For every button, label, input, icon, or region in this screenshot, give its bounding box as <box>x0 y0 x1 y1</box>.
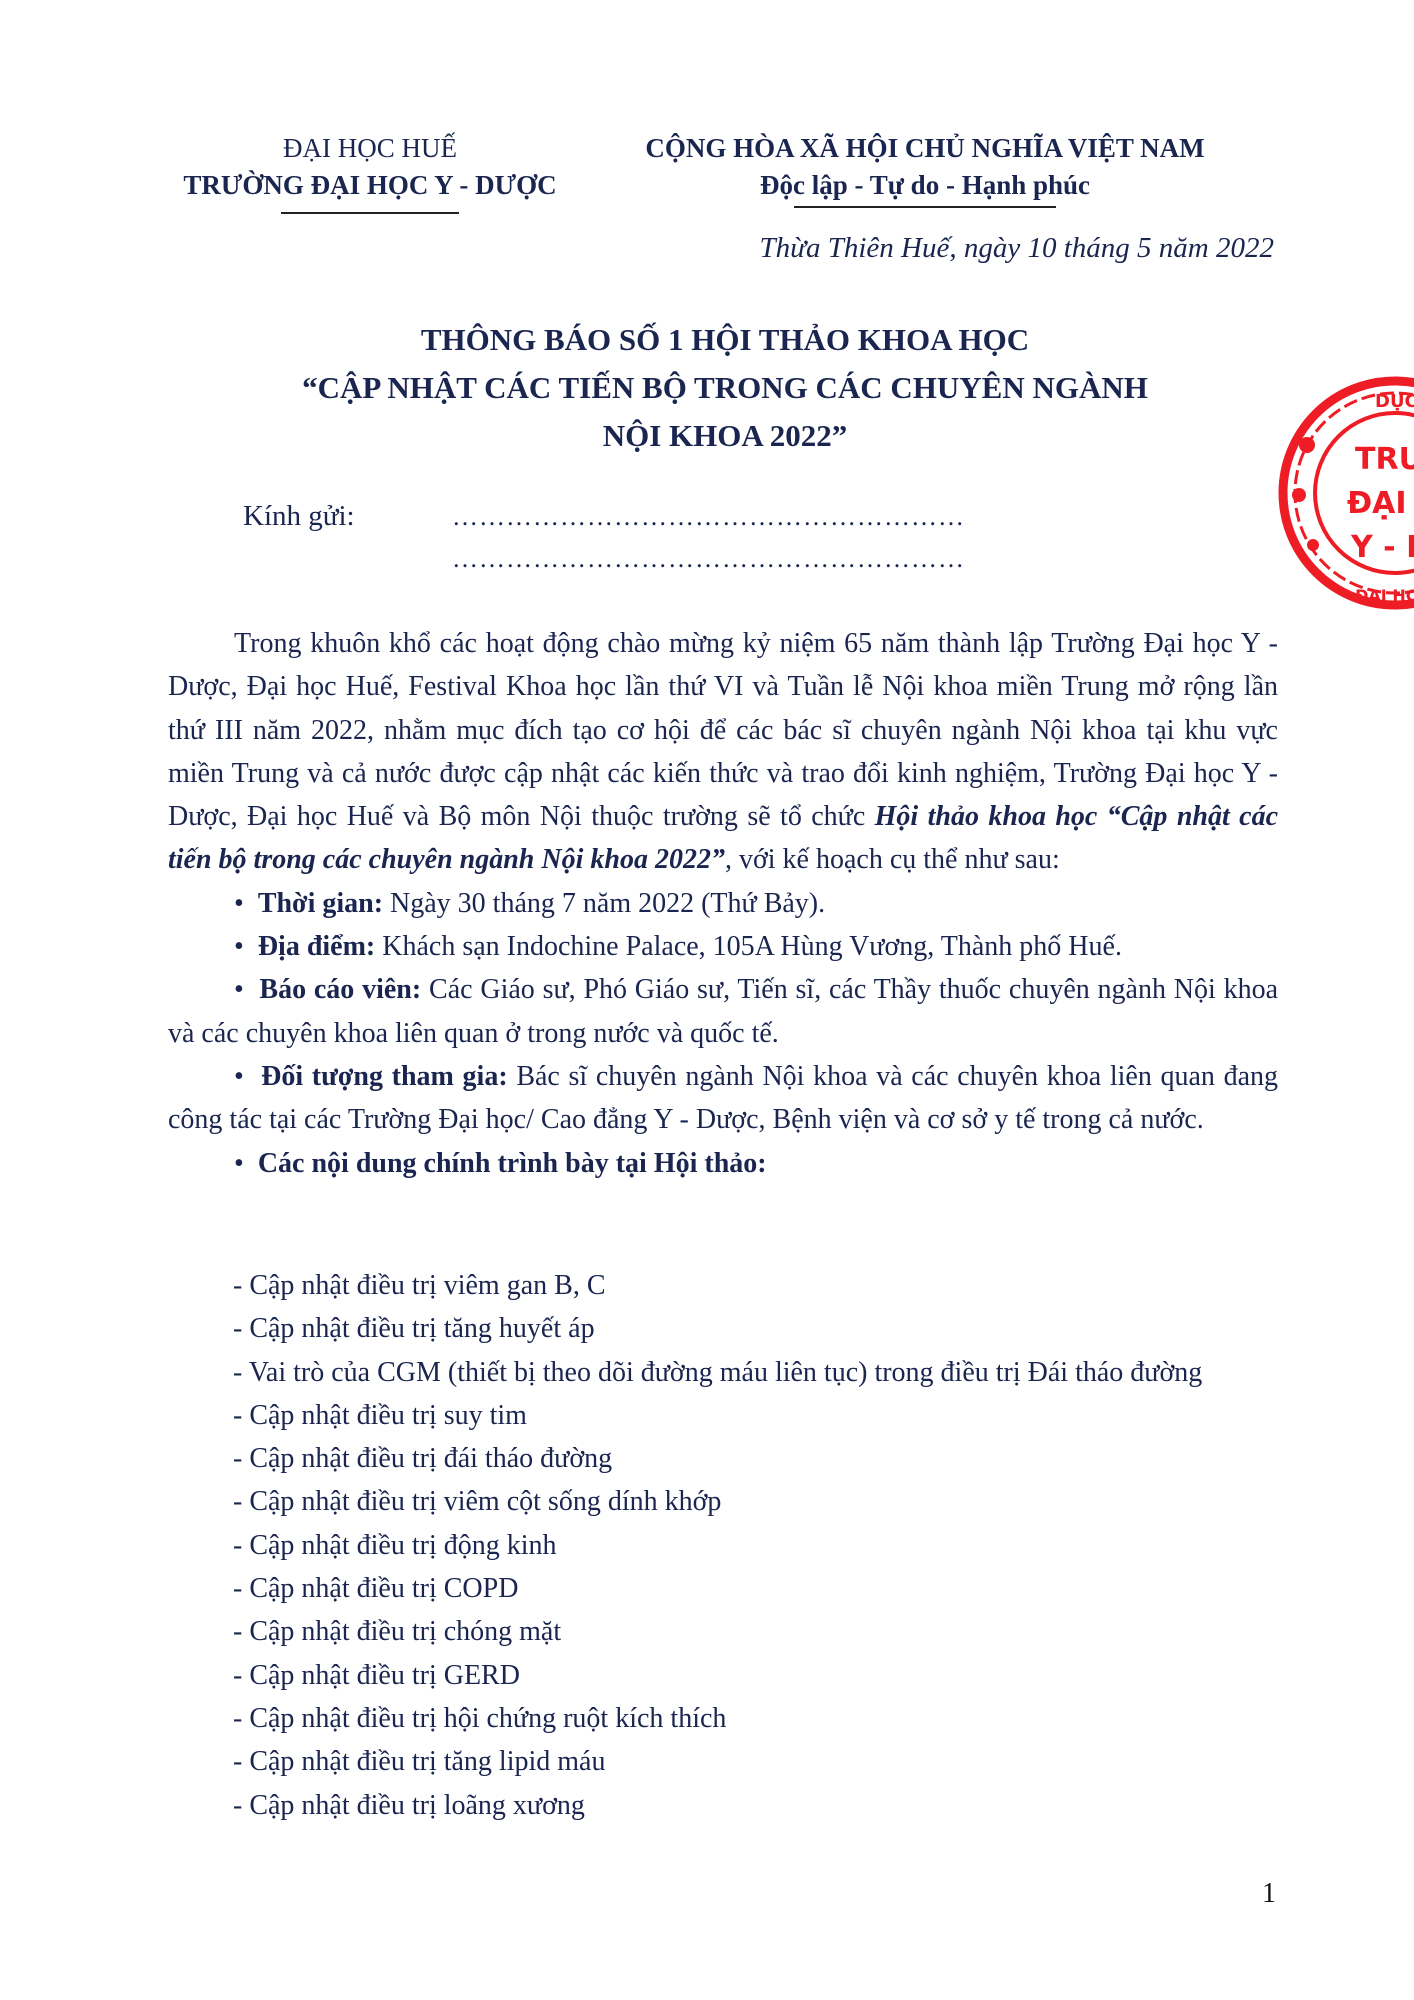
topic-item: - Cập nhật điều trị loãng xương <box>233 1784 1202 1827</box>
motto: Độc lập - Tự do - Hạnh phúc <box>760 167 1090 204</box>
header-left-underline <box>281 212 459 214</box>
document-title: THÔNG BÁO SỐ 1 HỘI THẢO KHOA HỌC “CẬP NH… <box>200 316 1250 460</box>
topic-item: - Cập nhật điều trị chóng mặt <box>233 1610 1202 1653</box>
detail-topics-heading: • Các nội dung chính trình bày tại Hội t… <box>168 1142 1278 1185</box>
university-name: ĐẠI HỌC HUẾ <box>150 130 590 167</box>
topic-item: - Cập nhật điều trị hội chứng ruột kích … <box>233 1697 1202 1740</box>
page-number: 1 <box>1262 1878 1276 1910</box>
topic-item: - Cập nhật điều trị động kinh <box>233 1524 1202 1567</box>
detail-time: • Thời gian: Ngày 30 tháng 7 năm 2022 (T… <box>168 882 1278 925</box>
date-line: Thừa Thiên Huế, ngày 10 tháng 5 năm 2022 <box>760 232 1274 265</box>
topic-item: - Cập nhật điều trị suy tim <box>233 1394 1202 1437</box>
title-line-2: “CẬP NHẬT CÁC TIẾN BỘ TRONG CÁC CHUYÊN N… <box>200 364 1250 412</box>
title-line-3: NỘI KHOA 2022” <box>200 412 1250 460</box>
header-right-underline <box>794 206 1056 208</box>
topic-item: - Cập nhật điều trị viêm gan B, C <box>233 1264 1202 1307</box>
svg-text:TRƯỜ: TRƯỜ <box>1355 440 1414 477</box>
issuing-authority: ĐẠI HỌC HUẾ TRƯỜNG ĐẠI HỌC Y - DƯỢC <box>150 130 590 214</box>
official-seal-icon: DỤC TRƯỜ ĐẠI H Y - DƯ ĐẠI HỌC <box>1255 365 1414 615</box>
svg-text:DỤC: DỤC <box>1375 391 1414 412</box>
national-motto: CỘNG HÒA XÃ HỘI CHỦ NGHĨA VIỆT NAM Độc l… <box>600 130 1250 208</box>
title-line-1: THÔNG BÁO SỐ 1 HỘI THẢO KHOA HỌC <box>200 316 1250 364</box>
topic-item: - Cập nhật điều trị GERD <box>233 1654 1202 1697</box>
bullet-icon: • <box>234 974 244 1005</box>
bullet-icon: • <box>234 1148 244 1179</box>
svg-text:Y - DƯ: Y - DƯ <box>1350 530 1414 565</box>
svg-text:ĐẠI H: ĐẠI H <box>1347 486 1414 521</box>
detail-venue: • Địa điểm: Khách sạn Indochine Palace, … <box>168 925 1278 968</box>
recipient-label: Kính gửi: <box>243 500 355 533</box>
detail-speakers: • Báo cáo viên: Các Giáo sư, Phó Giáo sư… <box>168 968 1278 1055</box>
topic-item: - Cập nhật điều trị tăng lipid máu <box>233 1740 1202 1783</box>
topic-item: - Cập nhật điều trị COPD <box>233 1567 1202 1610</box>
document-body: Trong khuôn khổ các hoạt động chào mừng … <box>168 622 1278 1185</box>
bullet-icon: • <box>234 888 244 919</box>
topic-item: - Cập nhật điều trị viêm cột sống dính k… <box>233 1480 1202 1523</box>
topic-item: - Vai trò của CGM (thiết bị theo dõi đườ… <box>233 1351 1202 1394</box>
bullet-icon: • <box>234 931 244 962</box>
school-name: TRƯỜNG ĐẠI HỌC Y - DƯỢC <box>150 167 590 204</box>
detail-participants: • Đối tượng tham gia: Bác sĩ chuyên ngàn… <box>168 1055 1278 1142</box>
svg-text:ĐẠI HỌC: ĐẠI HỌC <box>1355 586 1414 605</box>
recipient-blank-line-1: ………………………………………………… <box>452 502 965 532</box>
country-name: CỘNG HÒA XÃ HỘI CHỦ NGHĨA VIỆT NAM <box>600 130 1250 167</box>
recipient-blank-line-2: ………………………………………………… <box>452 544 965 574</box>
topic-list: - Cập nhật điều trị viêm gan B, C - Cập … <box>233 1264 1202 1827</box>
intro-paragraph: Trong khuôn khổ các hoạt động chào mừng … <box>168 622 1278 882</box>
topic-item: - Cập nhật điều trị đái tháo đường <box>233 1437 1202 1480</box>
topic-item: - Cập nhật điều trị tăng huyết áp <box>233 1307 1202 1350</box>
bullet-icon: • <box>234 1061 244 1092</box>
